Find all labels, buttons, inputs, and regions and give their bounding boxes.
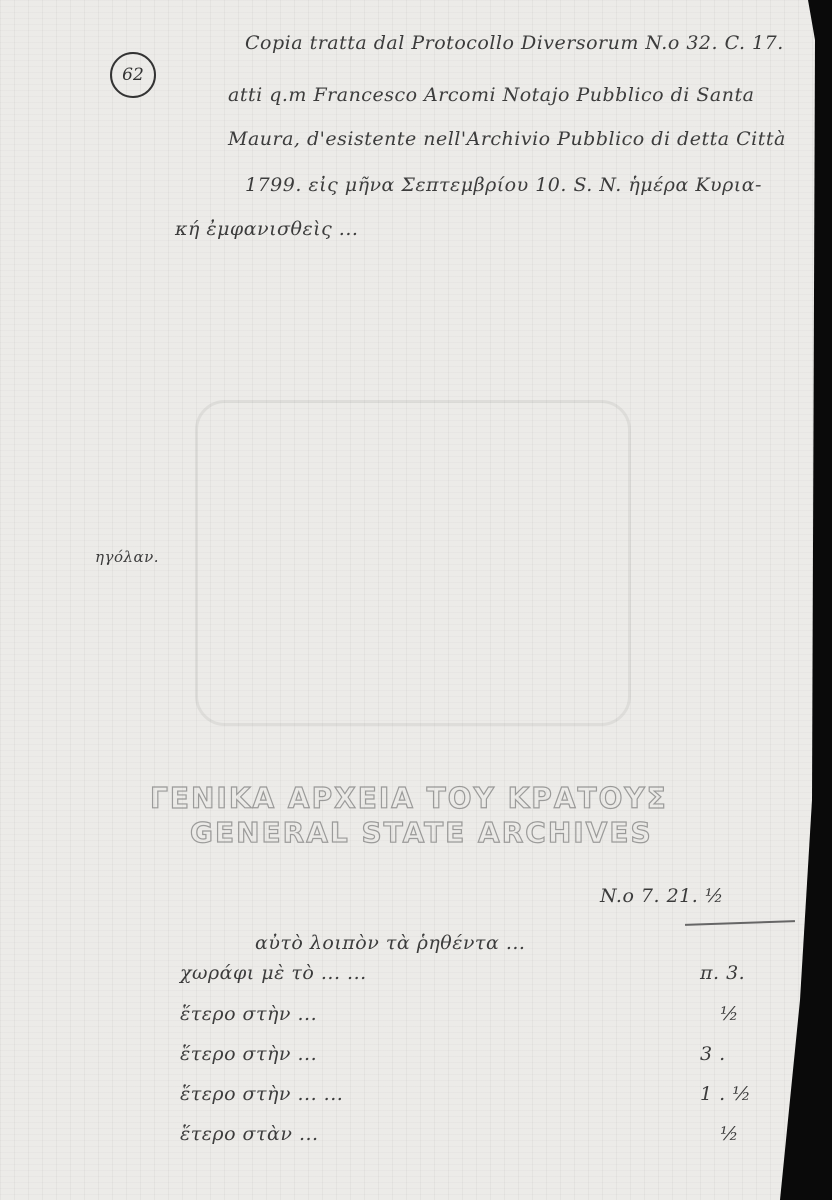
folio-number: 62 xyxy=(110,52,156,98)
margin-note: ηγόλαν. xyxy=(95,548,159,566)
ledger-item: ἕτερο στὴν ... ... xyxy=(180,1083,343,1105)
text-line: Maura, d'esistente nell'Archivio Pubblic… xyxy=(228,128,786,150)
text-line: αὐτὸ λοιπὸν τὰ ῥηθέντα ... xyxy=(255,932,525,954)
ledger-amount: π. 3. xyxy=(700,962,745,984)
ledger-amount: ½ xyxy=(720,1123,739,1145)
manuscript-page: 62 Copia tratta dal Protocollo Diversoru… xyxy=(0,0,815,1200)
ledger-item: ἕτερο στὴν ... xyxy=(180,1003,317,1025)
ledger-amount: ½ xyxy=(720,1003,739,1025)
subtotal: N.o 7. 21. ½ xyxy=(600,885,724,907)
underline-rule xyxy=(685,920,795,926)
ledger-item: ἕτερο στὴν ... xyxy=(180,1043,317,1065)
ledger-item: ἕτερο στὰν ... xyxy=(180,1123,319,1145)
watermark-english: GENERAL STATE ARCHIVES xyxy=(190,816,653,849)
watermark-greek: ΓΕΝΙΚΑ ΑΡΧΕΙΑ ΤΟΥ ΚΡΑΤΟΥΣ xyxy=(150,782,668,815)
ledger-amount: 3 . xyxy=(700,1043,726,1065)
text-line: κή ἐμφανισθεὶς ... xyxy=(175,218,358,240)
text-line: atti q.m Francesco Arcomi Notajo Pubblic… xyxy=(228,84,754,106)
archive-seal-stamp xyxy=(195,400,631,726)
ledger-amount: 1 . ½ xyxy=(700,1083,751,1105)
text-line: 1799. εἰς μῆνα Σεπτεμβρίου 10. S. N. ἡμέ… xyxy=(245,174,762,196)
ledger-item: χωράφι μὲ τὸ ... ... xyxy=(180,962,367,984)
text-line: Copia tratta dal Protocollo Diversorum N… xyxy=(245,32,784,54)
